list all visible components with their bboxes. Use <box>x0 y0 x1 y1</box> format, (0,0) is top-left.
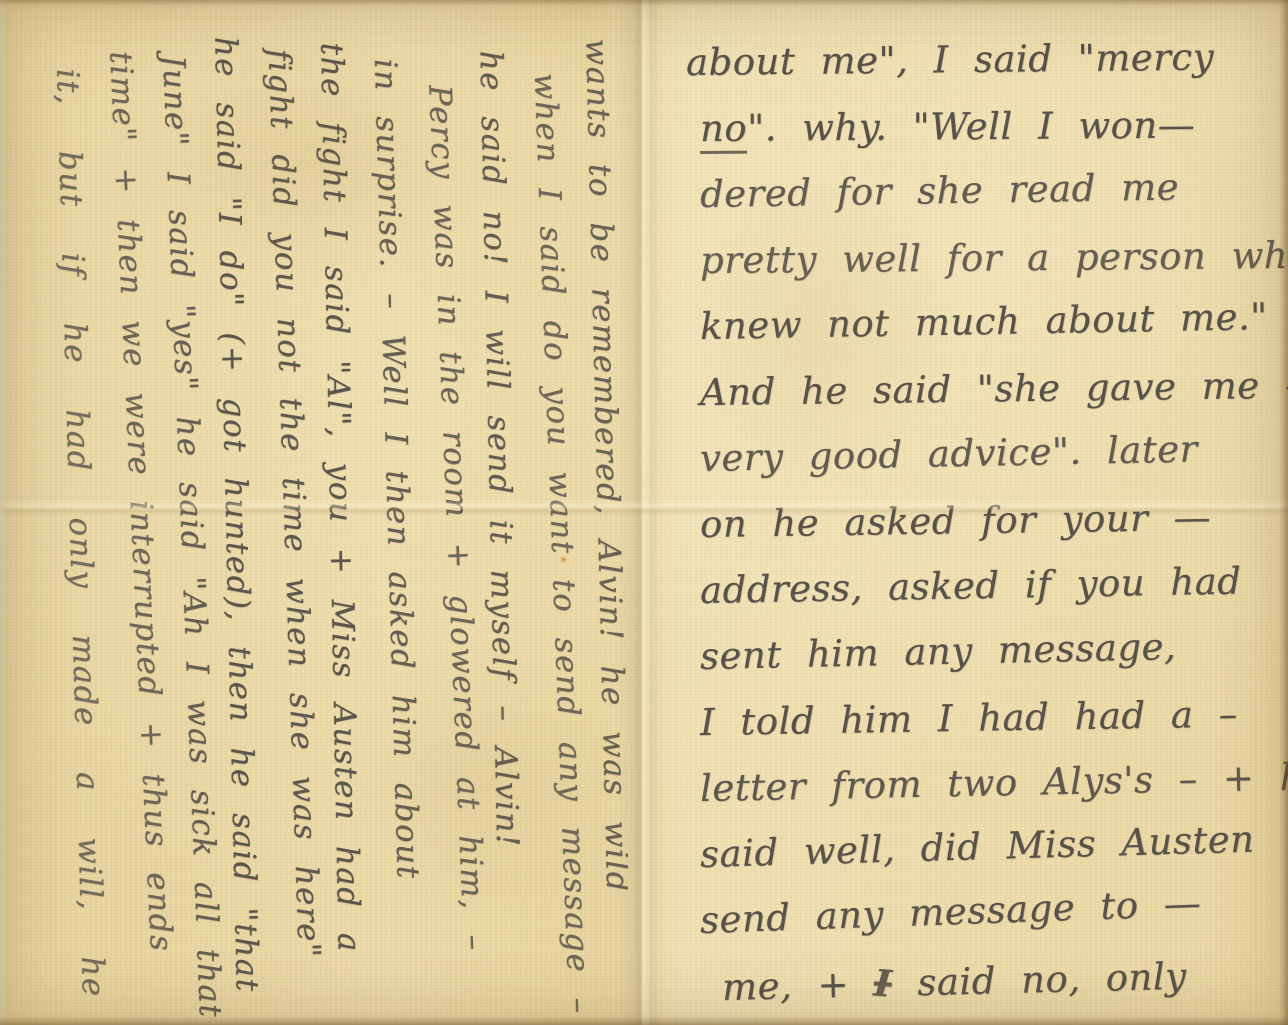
right-page-line: about me", I said "mercy <box>686 24 1275 96</box>
left-page: wants to be remembered, Alvin! he was wi… <box>0 0 628 1025</box>
right-page-line: me, + I said no, only <box>721 941 1274 1021</box>
right-page-line: knew not much about me." – <box>699 284 1274 360</box>
right-page: about me", I said "mercyno". why. "Well … <box>628 0 1288 1025</box>
text-segment: sent him any message, <box>700 625 1177 678</box>
right-page-line: And he said "she gave me — <box>700 353 1275 426</box>
right-page-line: very good advice". later <box>699 415 1274 492</box>
text-segment: pretty well for a person who <box>700 234 1288 282</box>
text-segment: address, asked if you had <box>700 560 1242 612</box>
text-segment: said well, did Miss Austen <box>699 818 1255 876</box>
right-page-line: address, asked if you had <box>699 548 1274 624</box>
text-segment: send any message to — <box>699 882 1202 942</box>
text-segment: very good advice". later <box>700 427 1199 480</box>
text-segment: about me", I said "mercy <box>686 35 1214 84</box>
struck-out-word: I <box>872 949 895 1016</box>
text-segment: ". why. "Well I won— <box>747 104 1195 150</box>
right-page-line: pretty well for a person who <box>700 223 1275 294</box>
text-segment: letter from two Alys's – + he <box>700 755 1288 810</box>
text-segment: I told him I had had a – <box>700 693 1238 744</box>
right-page-line: no". why. "Well I won— <box>700 92 1274 162</box>
text-segment: knew not much about me." – <box>700 294 1288 348</box>
right-page-line: on he asked for your — <box>700 484 1275 558</box>
text-segment: And he said "she gave me — <box>700 363 1288 414</box>
right-page-line: I told him I had had a – <box>699 681 1274 756</box>
text-segment: dered for she read me <box>700 165 1180 216</box>
text-segment: said no, only <box>892 955 1188 1005</box>
text-segment: on he asked for your — <box>700 496 1212 546</box>
text-segment: me, + <box>721 962 874 1009</box>
right-page-line: sent him any message, <box>699 612 1274 690</box>
letter-scan: wants to be remembered, Alvin! he was wi… <box>0 0 1288 1025</box>
right-page-line: dered for she read me <box>699 153 1274 228</box>
underlined-word: no <box>700 107 747 154</box>
